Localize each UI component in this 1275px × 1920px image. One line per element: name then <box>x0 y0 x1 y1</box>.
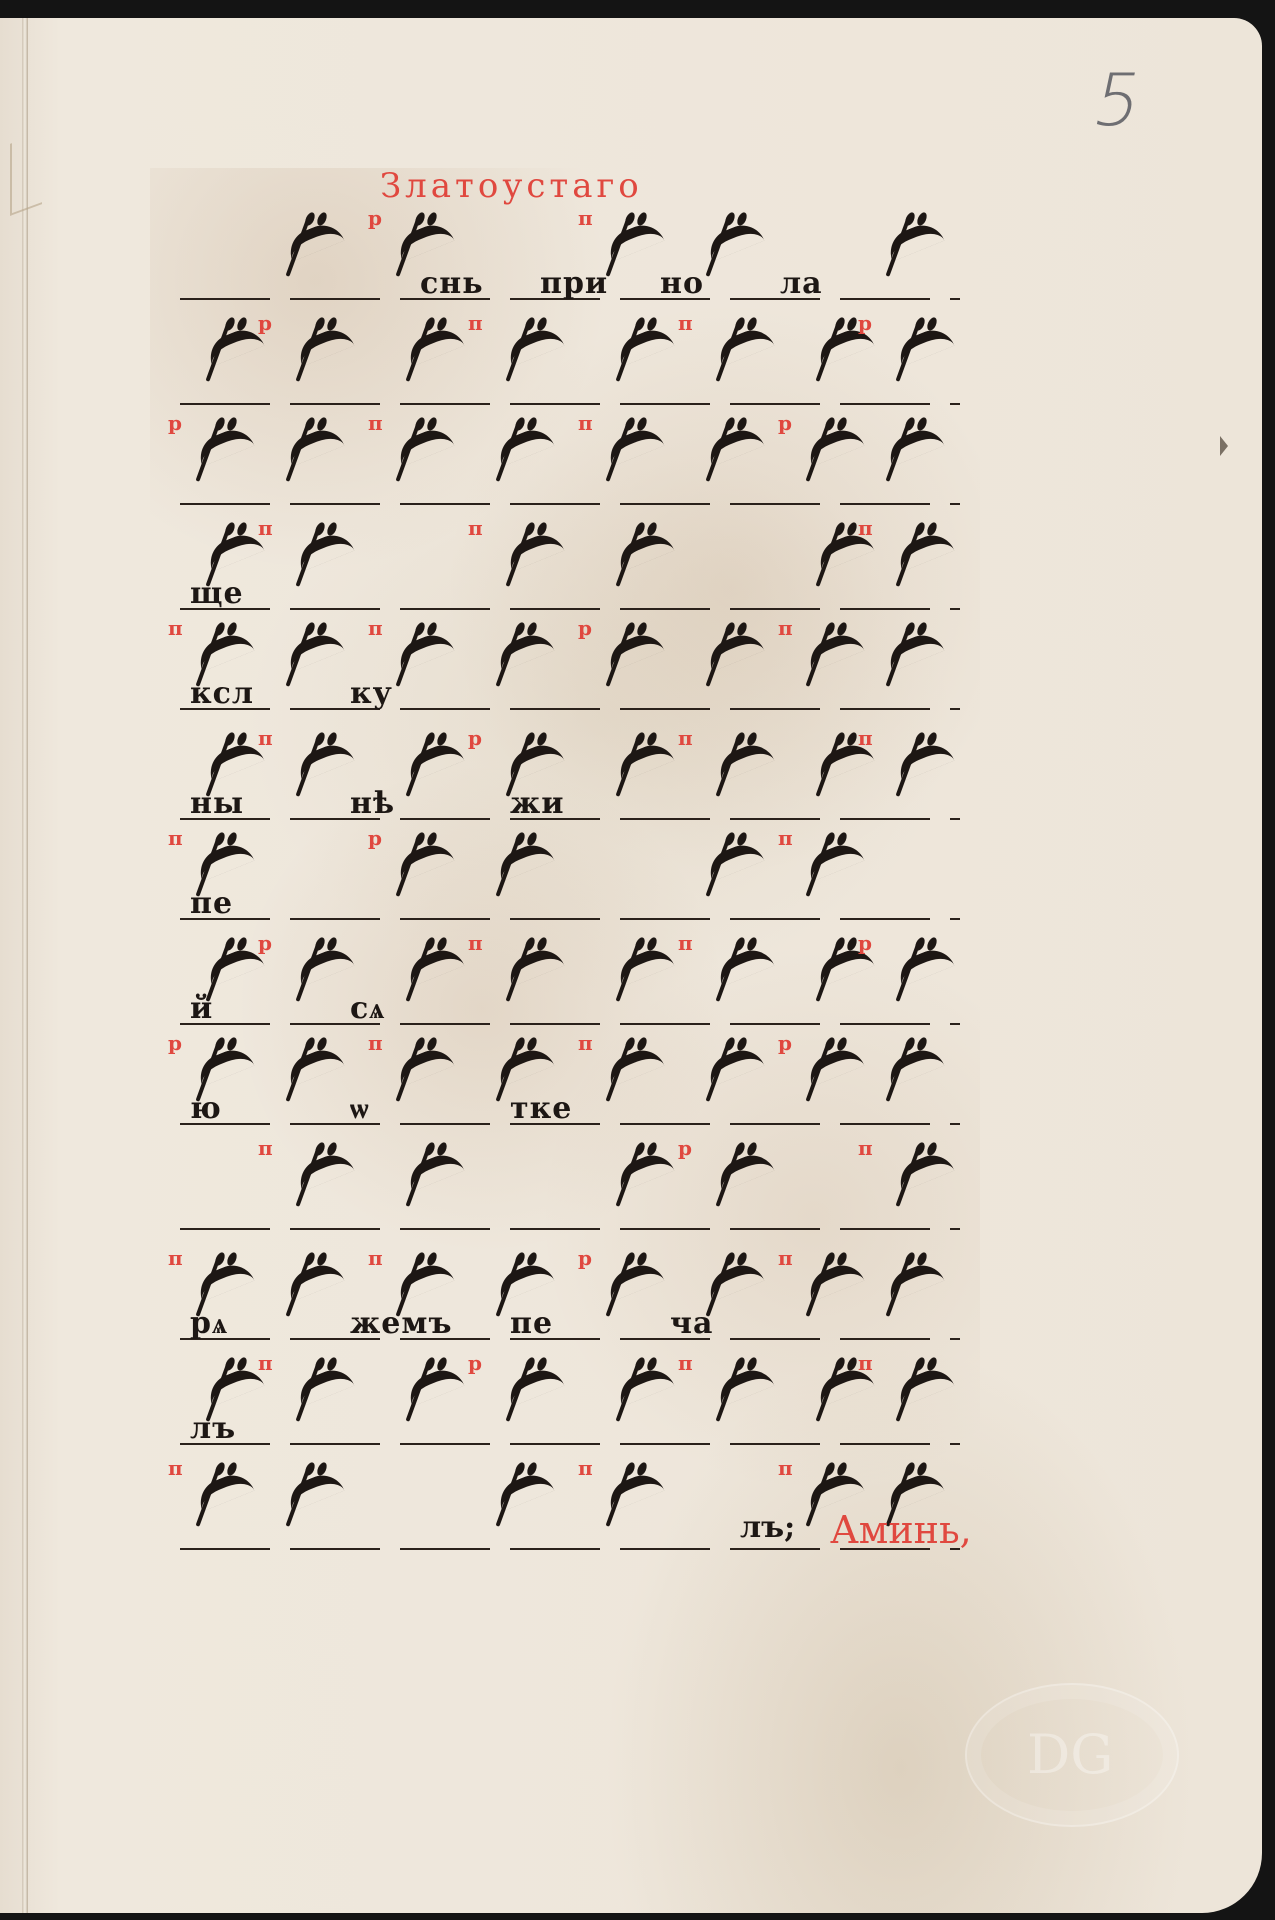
text-syllable: сѧ <box>350 991 385 1026</box>
neume-icon <box>600 415 662 485</box>
staff-rule <box>180 918 960 920</box>
neume-icon <box>890 315 952 385</box>
rubric-mark: р <box>858 931 872 955</box>
neume-icon <box>610 315 672 385</box>
neume-icon <box>280 1035 342 1105</box>
rubric-mark: п <box>168 616 183 640</box>
rubric-mark: п <box>778 616 793 640</box>
neume-icon <box>500 935 562 1005</box>
neume-icon <box>600 210 662 280</box>
staff-rule <box>180 403 960 405</box>
neume-icon <box>880 1035 942 1105</box>
neume-icon <box>610 1140 672 1210</box>
neume-icon <box>400 730 462 800</box>
neume-icon <box>800 620 862 690</box>
neume-icon <box>610 520 672 590</box>
rubric-mark: п <box>258 726 273 750</box>
rubric-mark: п <box>368 616 383 640</box>
neume-icon <box>280 620 342 690</box>
neume-icon <box>610 1355 672 1425</box>
rubric-mark: п <box>258 516 273 540</box>
rubric-mark: п <box>678 311 693 335</box>
neume-icon <box>490 1460 552 1530</box>
neume-icon <box>880 210 942 280</box>
neume-icon <box>500 1355 562 1425</box>
text-syllable: при <box>540 266 608 301</box>
rubric-mark: п <box>258 1351 273 1375</box>
rubric-mark: р <box>778 411 792 435</box>
neume-icon <box>890 935 952 1005</box>
neume-icon <box>710 315 772 385</box>
margin-mark-icon <box>1220 436 1228 456</box>
rubric-mark: п <box>468 516 483 540</box>
rubric-mark: п <box>578 1456 593 1480</box>
staff-rule <box>180 1228 960 1230</box>
neume-icon <box>290 730 352 800</box>
neume-icon <box>610 935 672 1005</box>
rubric-mark: п <box>678 931 693 955</box>
text-syllable: лъ <box>190 1411 236 1446</box>
text-syllable: ѡ <box>350 1091 370 1126</box>
library-stamp-icon: DG <box>965 1683 1179 1827</box>
rubric-mark: п <box>778 826 793 850</box>
neume-icon <box>700 830 762 900</box>
binding-gutter <box>22 18 28 1913</box>
neume-icon <box>880 620 942 690</box>
rubric-mark: п <box>368 1246 383 1270</box>
rubric-mark: р <box>468 1351 482 1375</box>
rubric-mark: р <box>168 411 182 435</box>
neume-icon <box>710 1140 772 1210</box>
text-syllable: ны <box>190 786 244 821</box>
rubric-mark: п <box>258 1136 273 1160</box>
text-syllable: ла <box>780 266 823 301</box>
neume-icon <box>190 415 252 485</box>
rubric-mark: п <box>858 1136 873 1160</box>
rubric-mark: р <box>578 1246 592 1270</box>
neume-icon <box>890 1355 952 1425</box>
neume-icon <box>200 315 262 385</box>
text-syllable: снь <box>420 266 484 301</box>
rubric-mark: р <box>368 206 382 230</box>
rubric-mark: п <box>578 206 593 230</box>
rubric-mark: п <box>678 726 693 750</box>
rubric-mark: р <box>578 616 592 640</box>
neume-icon <box>490 830 552 900</box>
rubric-mark: п <box>858 1351 873 1375</box>
neume-icon <box>800 1035 862 1105</box>
text-syllable: ксл <box>190 676 254 711</box>
rubric-mark: п <box>168 826 183 850</box>
text-syllable: й <box>190 991 213 1026</box>
neume-icon <box>400 315 462 385</box>
text-syllable: нѣ <box>350 786 395 821</box>
neume-icon <box>800 415 862 485</box>
manuscript-page: 5 Златоустаго рпсньприноларппррппрпппщеп… <box>0 18 1262 1913</box>
neume-icon <box>290 1355 352 1425</box>
rubric-mark: п <box>368 411 383 435</box>
neume-icon <box>600 1460 662 1530</box>
folio-number: 5 <box>1086 58 1150 142</box>
chant-heading: Златоустаго <box>380 166 643 206</box>
rubric-mark: п <box>858 516 873 540</box>
neume-icon <box>600 620 662 690</box>
neume-icon <box>890 1140 952 1210</box>
rubric-mark: р <box>168 1031 182 1055</box>
staff-rule <box>180 1023 960 1025</box>
text-syllable: ча <box>670 1306 713 1341</box>
rubric-mark: п <box>578 411 593 435</box>
rubric-mark: п <box>168 1456 183 1480</box>
neume-icon <box>890 520 952 590</box>
staff-rule <box>180 1443 960 1445</box>
stamp-monogram: DG <box>1027 1723 1113 1786</box>
neume-icon <box>800 830 862 900</box>
neume-icon <box>880 1250 942 1320</box>
neume-icon <box>500 520 562 590</box>
rubric-mark: п <box>578 1031 593 1055</box>
neume-icon <box>700 210 762 280</box>
neume-icon <box>400 935 462 1005</box>
rubric-mark: п <box>678 1351 693 1375</box>
neume-icon <box>390 830 452 900</box>
neume-icon <box>190 1460 252 1530</box>
rubric-mark: п <box>468 931 483 955</box>
text-syllable: жи <box>510 786 565 821</box>
neume-icon <box>700 620 762 690</box>
binding-tear <box>10 132 42 216</box>
neume-icon <box>610 730 672 800</box>
neume-icon <box>290 935 352 1005</box>
rubric-mark: р <box>778 1031 792 1055</box>
rubric-mark: р <box>858 311 872 335</box>
neume-icon <box>290 315 352 385</box>
neume-icon <box>280 210 342 280</box>
neume-icon <box>490 415 552 485</box>
rubric-mark: п <box>858 726 873 750</box>
text-syllable: тке <box>510 1091 572 1126</box>
neume-icon <box>600 1250 662 1320</box>
rubric-mark: п <box>468 311 483 335</box>
neume-icon <box>280 415 342 485</box>
text-syllable: пе <box>510 1306 553 1341</box>
rubric-mark: п <box>168 1246 183 1270</box>
text-syllable: рѧ <box>190 1306 228 1341</box>
neume-icon <box>700 1035 762 1105</box>
text-syllable: пе <box>190 886 233 921</box>
neume-icon <box>800 1250 862 1320</box>
rubric-mark: р <box>468 726 482 750</box>
neume-icon <box>710 935 772 1005</box>
rubric-mark: р <box>368 826 382 850</box>
staff-rule <box>180 503 960 505</box>
text-syllable: но <box>660 266 704 301</box>
neume-icon <box>400 1355 462 1425</box>
rubric-mark: р <box>678 1136 692 1160</box>
neume-icon <box>710 730 772 800</box>
neume-icon <box>290 1140 352 1210</box>
staff-rule <box>180 608 960 610</box>
rubric-mark: п <box>778 1456 793 1480</box>
text-syllable: жемъ <box>350 1306 452 1341</box>
neume-icon <box>400 1140 462 1210</box>
staff-rule <box>180 818 960 820</box>
final-syllable: лъ; <box>740 1510 795 1545</box>
neume-icon <box>290 520 352 590</box>
staff-rule <box>180 1338 960 1340</box>
neume-icon <box>390 620 452 690</box>
neume-icon <box>490 620 552 690</box>
rubric-mark: п <box>368 1031 383 1055</box>
neume-icon <box>280 1460 342 1530</box>
text-syllable: ще <box>190 576 244 611</box>
neume-icon <box>710 1355 772 1425</box>
rubric-mark: р <box>258 311 272 335</box>
rubric-mark: п <box>778 1246 793 1270</box>
amen-rubric: Аминь, <box>830 1508 972 1552</box>
staff-rule <box>180 708 960 710</box>
neume-icon <box>280 1250 342 1320</box>
neume-icon <box>880 415 942 485</box>
rubric-mark: р <box>258 931 272 955</box>
neume-icon <box>700 415 762 485</box>
neume-icon <box>500 315 562 385</box>
neume-icon <box>390 415 452 485</box>
neume-icon <box>890 730 952 800</box>
text-syllable: ю <box>190 1091 222 1126</box>
neume-icon <box>600 1035 662 1105</box>
text-syllable: ку <box>350 676 393 711</box>
neume-icon <box>390 1035 452 1105</box>
